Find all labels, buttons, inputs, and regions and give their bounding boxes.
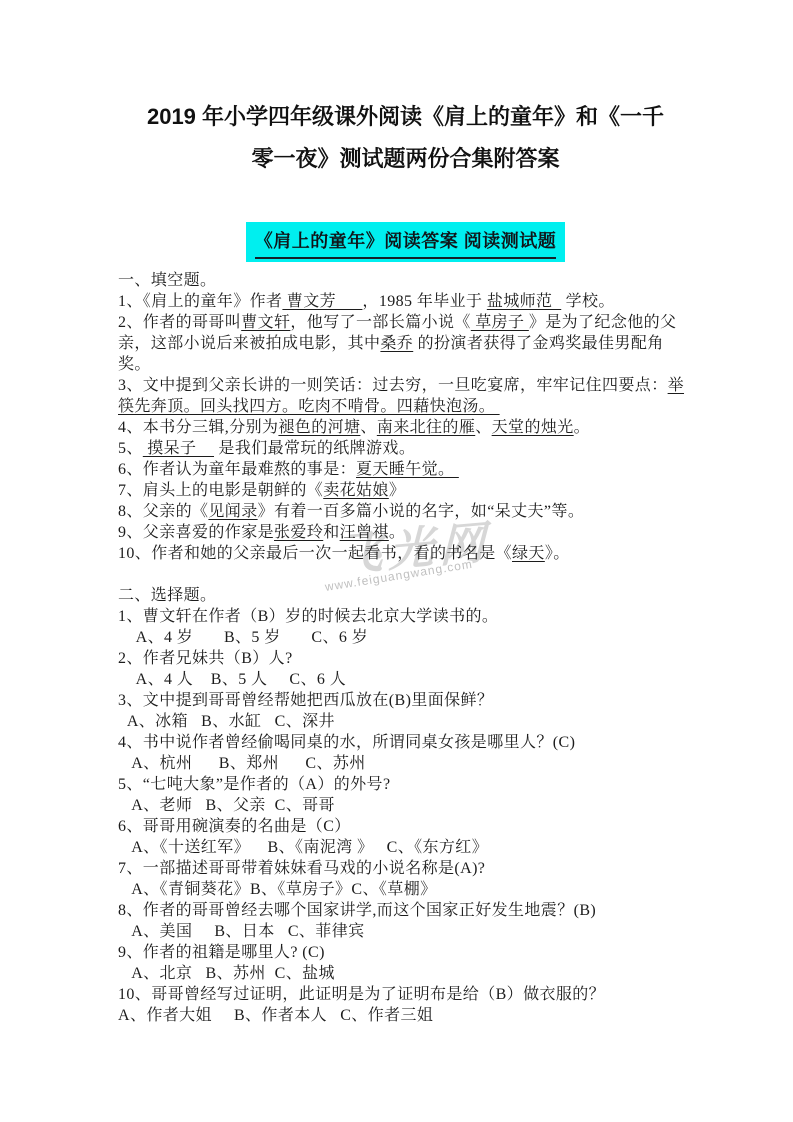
choice-question-3: 3、文中提到哥哥曾经帮她把西瓜放在(B)里面保鲜？ (118, 690, 695, 711)
text-segment (118, 566, 122, 583)
text-segment: 是我们最常玩的纸牌游戏。 (214, 440, 415, 457)
answer-underlined: 张爱玲 (274, 524, 323, 541)
answer-underlined: 见闻录 (208, 503, 257, 520)
fill-item-6: 6、作者认为童年最难熬的事是：夏天睡午觉。 (118, 459, 695, 480)
text-segment: 6、哥哥用碗演奏的名曲是（C） (118, 818, 351, 835)
answer-underlined: 汪曾祺 (340, 524, 389, 541)
text-segment: 学校。 (561, 293, 615, 310)
choice-options-8: A、美国 B、日本 C、菲律宾 (118, 921, 695, 942)
text-segment: 5、 (118, 440, 143, 457)
text-segment: 。 (574, 419, 590, 436)
section-1-heading: 一、填空题。 (118, 270, 695, 291)
answer-underlined: 草房子 (471, 314, 529, 331)
text-segment: A、冰箱 B、水缸 C、深井 (118, 713, 335, 730)
highlighted-heading-text: 《肩上的童年》阅读答案 阅读测试题 (255, 227, 557, 259)
text-segment: A、北京 B、苏州 C、盐城 (118, 965, 335, 982)
text-segment: 》。 (545, 545, 570, 562)
text-segment: 。 (389, 524, 405, 541)
text-segment: 一、填空题。 (118, 272, 216, 289)
text-segment: A、美国 B、日本 C、菲律宾 (118, 923, 365, 940)
text-segment: 、 (475, 419, 491, 436)
document-body: 一、填空题。1、《肩上的童年》作者 曹文芳 ，1985 年毕业于 盐城师范 学校… (118, 270, 695, 1026)
answer-underlined: 桑乔 (380, 335, 413, 352)
fill-item-1: 1、《肩上的童年》作者 曹文芳 ，1985 年毕业于 盐城师范 学校。 (118, 291, 695, 312)
text-segment: A、杭州 B、郑州 C、苏州 (118, 755, 366, 772)
choice-options-4: A、杭州 B、郑州 C、苏州 (118, 753, 695, 774)
text-segment: 9、作者的祖籍是哪里人? (C) (118, 944, 325, 961)
highlighted-heading: 《肩上的童年》阅读答案 阅读测试题 (246, 222, 566, 262)
document-title-line-1: 2019 年小学四年级课外阅读《肩上的童年》和《一千 (118, 96, 693, 138)
text-segment: A、4 人 B、5 人 C、6 人 (118, 671, 346, 688)
document-page: 2019 年小学四年级课外阅读《肩上的童年》和《一千 零一夜》测试题两份合集附答… (0, 0, 793, 1122)
choice-options-9: A、北京 B、苏州 C、盐城 (118, 963, 695, 984)
choice-question-6: 6、哥哥用碗演奏的名曲是（C） (118, 816, 695, 837)
text-segment: 10、作者和她的父亲最后一次一起看书，看的书名是《 (118, 545, 512, 562)
answer-underlined: 卖花姑娘 (323, 482, 389, 499)
text-segment: 8、父亲的《 (118, 503, 208, 520)
text-segment: 2、作者的哥哥叫 (118, 314, 241, 331)
text-segment: 3、文中提到父亲长讲的一则笑话：过去穷，一旦吃宴席，牢牢记住四要点： (118, 377, 668, 394)
answer-underlined: 南来北往的雁 (377, 419, 475, 436)
text-segment: 、 (360, 419, 376, 436)
choice-question-2: 2、作者兄妹共（B）人? (118, 648, 695, 669)
text-segment: 1、《肩上的童年》作者 (118, 293, 282, 310)
answer-underlined: 摸呆子 (143, 440, 214, 457)
choice-options-2: A、4 人 B、5 人 C、6 人 (118, 669, 695, 690)
text-segment: A、4 岁 B、5 岁 C、6 岁 (118, 629, 368, 646)
choice-question-10: 10、哥哥曾经写过证明，此证明是为了证明布是给（B）做衣服的？ (118, 984, 695, 1005)
text-segment: 》有着一百多篇小说的名字，如“呆丈夫”等。 (258, 503, 585, 520)
text-segment: 10、哥哥曾经写过证明，此证明是为了证明布是给（B）做衣服的？ (118, 986, 605, 1003)
text-segment: 7、肩头上的电影是朝鲜的《 (118, 482, 323, 499)
text-segment: 2、作者兄妹共（B）人? (118, 650, 293, 667)
text-segment: 和 (323, 524, 339, 541)
text-segment: 3、文中提到哥哥曾经帮她把西瓜放在(B)里面保鲜？ (118, 692, 493, 709)
spacer-line (118, 564, 695, 585)
choice-options-3: A、冰箱 B、水缸 C、深井 (118, 711, 695, 732)
fill-item-2: 2、作者的哥哥叫曹文轩，他写了一部长篇小说《 草房子 》是为了纪念他的父亲，这部… (118, 312, 695, 375)
text-segment: 5、“七吨大象”是作者的（A）的外号? (118, 776, 390, 793)
answer-underlined: 曹文芳 (282, 293, 362, 310)
text-segment: A、作者大姐 B、作者本人 C、作者三姐 (118, 1007, 433, 1024)
text-segment: 6、作者认为童年最难熬的事是： (118, 461, 356, 478)
choice-options-1: A、4 岁 B、5 岁 C、6 岁 (118, 627, 695, 648)
choice-question-1: 1、曹文轩在作者（B）岁的时候去北京大学读书的。 (118, 606, 695, 627)
document-title: 2019 年小学四年级课外阅读《肩上的童年》和《一千 零一夜》测试题两份合集附答… (118, 96, 693, 180)
choice-question-8: 8、作者的哥哥曾经去哪个国家讲学,而这个国家正好发生地震？(B) (118, 900, 695, 921)
text-segment: 7、一部描述哥哥带着妹妹看马戏的小说名称是(A)? (118, 860, 485, 877)
document-title-line-2: 零一夜》测试题两份合集附答案 (118, 138, 693, 180)
fill-item-9: 9、父亲喜爱的作家是张爱玲和汪曾祺。 (118, 522, 695, 543)
text-segment: 二、选择题。 (118, 587, 216, 604)
choice-options-10: A、作者大姐 B、作者本人 C、作者三姐 (118, 1005, 695, 1026)
answer-underlined: 盐城师范 (487, 293, 561, 310)
text-segment: 1、曹文轩在作者（B）岁的时候去北京大学读书的。 (118, 608, 498, 625)
text-segment: ，他写了一部长篇小说《 (290, 314, 470, 331)
text-segment: 4、本书分三辑,分别为 (118, 419, 278, 436)
choice-question-4: 4、书中说作者曾经偷喝同桌的水，所谓同桌女孩是哪里人？(C) (118, 732, 695, 753)
answer-underlined: 天堂的烛光 (492, 419, 574, 436)
text-segment: A、《青铜葵花》B、《草房子》C、《草棚》 (118, 881, 437, 898)
choice-question-9: 9、作者的祖籍是哪里人? (C) (118, 942, 695, 963)
choice-question-7: 7、一部描述哥哥带着妹妹看马戏的小说名称是(A)? (118, 858, 695, 879)
choice-options-5: A、老师 B、父亲 C、哥哥 (118, 795, 695, 816)
fill-item-8: 8、父亲的《见闻录》有着一百多篇小说的名字，如“呆丈夫”等。 (118, 501, 695, 522)
choice-options-6: A、《十送红军》 B、《南泥湾 》 C、《东方红》 (118, 837, 695, 858)
answer-underlined: 绿天 (512, 545, 545, 562)
fill-item-5: 5、 摸呆子 是我们最常玩的纸牌游戏。 (118, 438, 695, 459)
fill-item-7: 7、肩头上的电影是朝鲜的《卖花姑娘》 (118, 480, 695, 501)
fill-item-4: 4、本书分三辑,分别为褪色的河塘、南来北往的雁、天堂的烛光。 (118, 417, 695, 438)
answer-underlined: 褪色的河塘 (278, 419, 360, 436)
section-heading-wrap: 《肩上的童年》阅读答案 阅读测试题 (118, 222, 693, 262)
fill-item-10: 10、作者和她的父亲最后一次一起看书，看的书名是《绿天》。 (118, 543, 695, 564)
text-segment: 8、作者的哥哥曾经去哪个国家讲学,而这个国家正好发生地震？(B) (118, 902, 596, 919)
text-segment: ，1985 年毕业于 (362, 293, 486, 310)
text-segment: 4、书中说作者曾经偷喝同桌的水，所谓同桌女孩是哪里人？(C) (118, 734, 575, 751)
text-segment: 》 (389, 482, 405, 499)
section-2-heading: 二、选择题。 (118, 585, 695, 606)
answer-underlined: 夏天睡午觉。 (356, 461, 459, 478)
text-segment: A、老师 B、父亲 C、哥哥 (118, 797, 335, 814)
choice-options-7: A、《青铜葵花》B、《草房子》C、《草棚》 (118, 879, 695, 900)
choice-question-5: 5、“七吨大象”是作者的（A）的外号? (118, 774, 695, 795)
text-segment: 9、父亲喜爱的作家是 (118, 524, 274, 541)
text-segment: A、《十送红军》 B、《南泥湾 》 C、《东方红》 (118, 839, 488, 856)
fill-item-3: 3、文中提到父亲长讲的一则笑话：过去穷，一旦吃宴席，牢牢记住四要点：举筷先奔顶。… (118, 375, 695, 417)
answer-underlined: 曹文轩 (241, 314, 290, 331)
